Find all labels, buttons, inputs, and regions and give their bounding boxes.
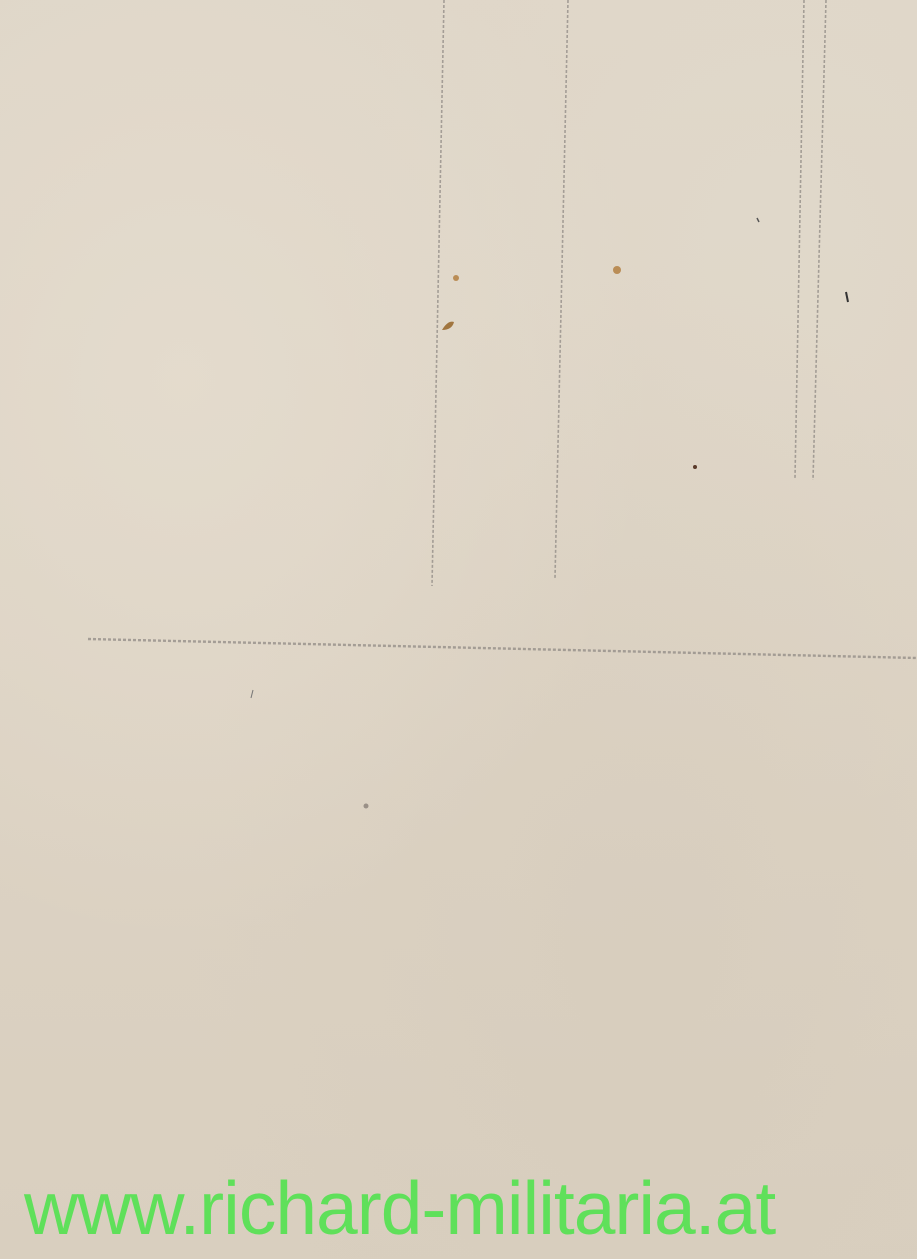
vertical-pencil-line-1	[432, 0, 444, 586]
pencil-lines	[0, 0, 917, 1259]
vertical-pencil-line-3	[795, 0, 804, 478]
vertical-pencil-line-2	[555, 0, 568, 578]
postcard-back: www.richard-militaria.at	[0, 0, 917, 1259]
watermark-text: www.richard-militaria.at	[24, 1168, 775, 1248]
stains	[251, 218, 848, 809]
horizontal-pencil-line	[88, 639, 917, 658]
vertical-pencil-line-4	[813, 0, 826, 480]
